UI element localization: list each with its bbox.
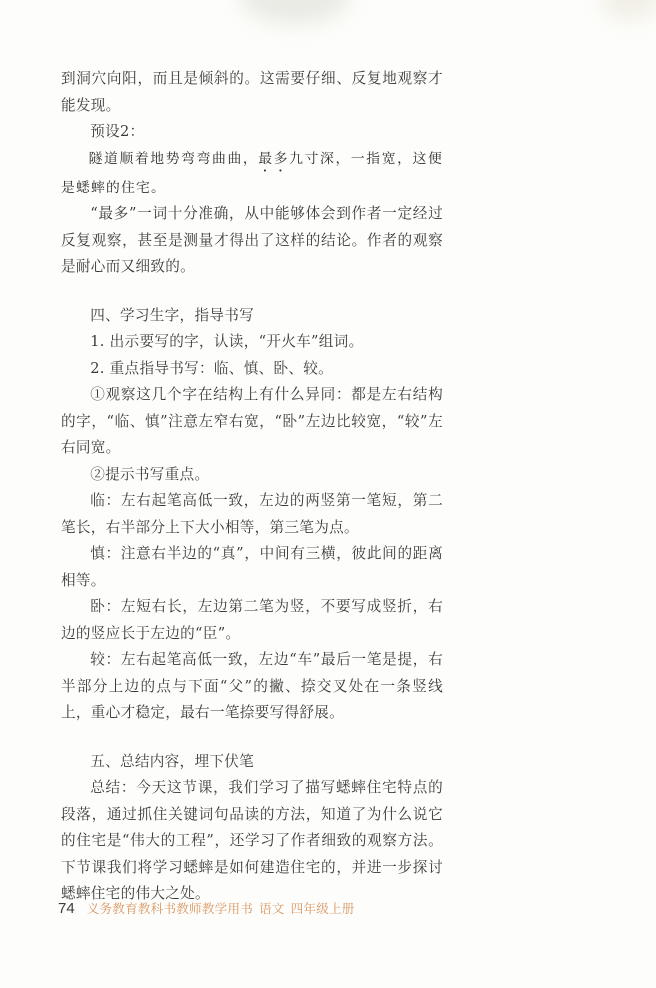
paragraph: 慎：注意右半边的“真”，中间有三横，彼此间的距离相等。 (61, 541, 443, 594)
paragraph: 总结：今天这节课，我们学习了描写蟋蟀住宅特点的段落，通过抓住关键词句品读的方法，… (61, 775, 443, 908)
scan-smudge (240, 0, 350, 25)
paragraph: 较：左右起笔高低一致，左边“车”最后一笔是提，右半部分上边的点与下面“父”的撇、… (61, 647, 443, 727)
paragraph: ①观察这几个字在结构上有什么异同：都是左右结构的字，“临、慎”注意左窄右宽，“卧… (61, 382, 443, 462)
quote-text: 隧道顺着地势弯弯曲曲， (89, 151, 259, 167)
scan-smudge (600, 0, 656, 20)
book-grade: 四年级上册 (291, 901, 355, 916)
book-subject: 语文 (259, 901, 285, 916)
book-series: 义务教育教科书教师教学用书 (87, 901, 253, 916)
preset-label: 预设2： (61, 119, 443, 146)
emphasized-word: 最多 (258, 151, 289, 167)
quoted-passage: 隧道顺着地势弯弯曲曲，最多九寸深，一指宽，这便是蟋蟀的住宅。 (61, 146, 443, 202)
list-item: 2. 重点指导书写：临、慎、卧、较。 (61, 356, 443, 383)
page-footer: 74 义务教育教科书教师教学用书语文四年级上册 (58, 898, 361, 918)
paragraph: 临：左右起笔高低一致，左边的两竖第一笔短，第二笔长，右半部分上下大小相等，第三笔… (61, 488, 443, 541)
paragraph: “最多”一词十分准确，从中能够体会到作者一定经过反复观察，甚至是测量才得出了这样… (61, 201, 443, 281)
page-number: 74 (58, 900, 75, 917)
paragraph: 卧：左短右长，左边第二笔为竖，不要写成竖折，右边的竖应长于左边的“臣”。 (61, 594, 443, 647)
section-heading: 五、总结内容，埋下伏笔 (61, 749, 443, 776)
page-body: 到洞穴向阳，而且是倾斜的。这需要仔细、反复地观察才能发现。 预设2： 隧道顺着地… (61, 66, 443, 908)
section-heading: 四、学习生字，指导书写 (61, 303, 443, 330)
book-title: 义务教育教科书教师教学用书语文四年级上册 (87, 898, 361, 917)
section-gap (61, 727, 443, 749)
list-item: 1. 出示要写的字，认读，“开火车”组词。 (61, 329, 443, 356)
paragraph: 到洞穴向阳，而且是倾斜的。这需要仔细、反复地观察才能发现。 (61, 66, 443, 119)
paragraph: ②提示书写重点。 (61, 462, 443, 489)
section-gap (61, 281, 443, 303)
